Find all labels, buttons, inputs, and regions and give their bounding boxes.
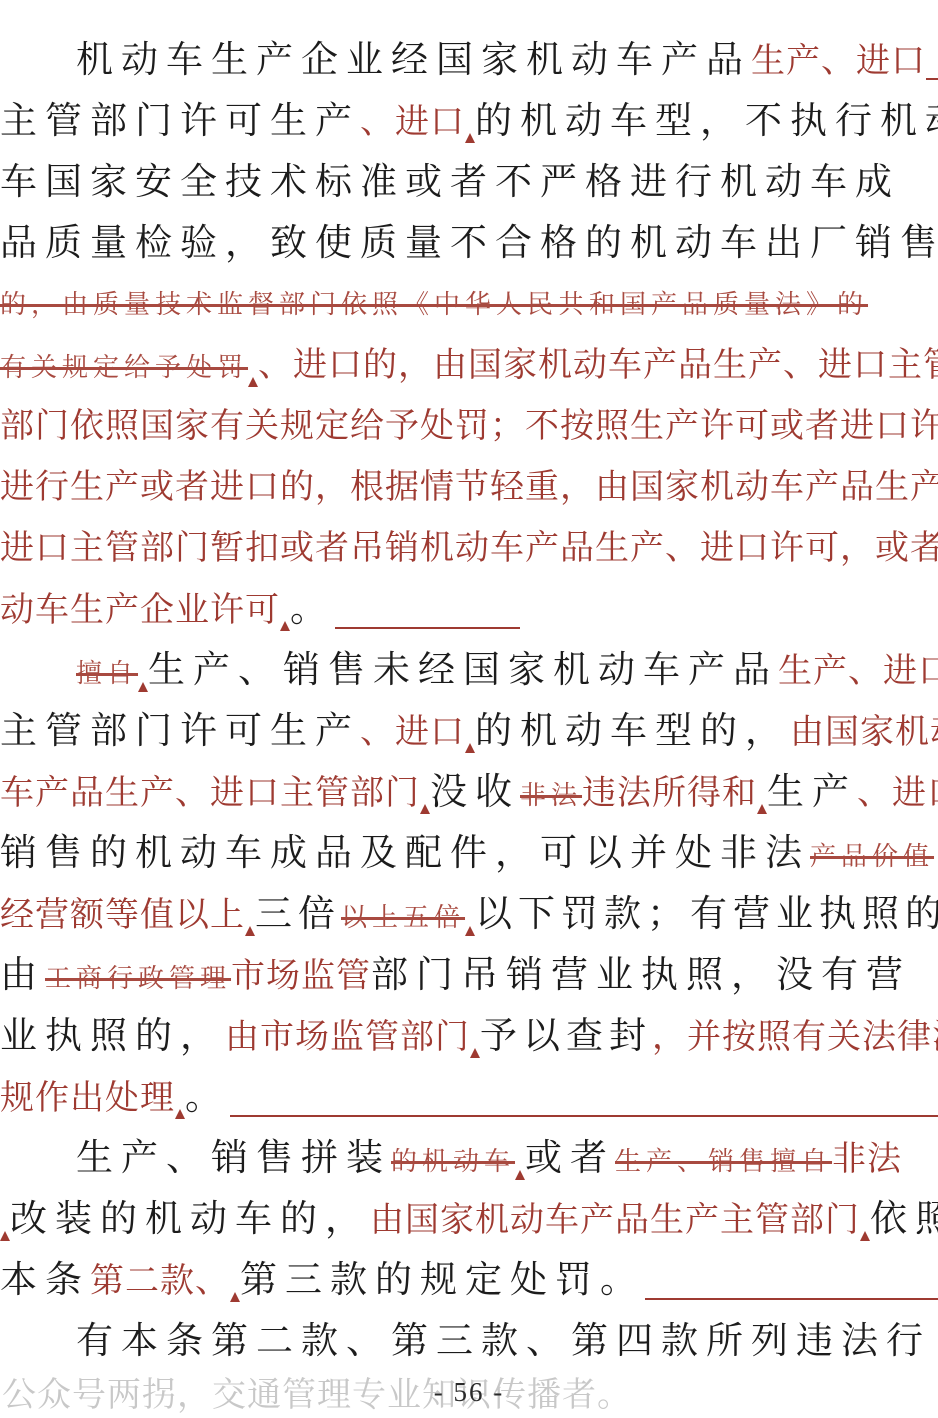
deleted-text: 产品价值 <box>810 826 934 884</box>
text-line: 机动车生产企业经国家机动车产品生产、进口 <box>0 30 938 91</box>
insertion-caret-icon <box>248 377 258 387</box>
text-line: 改装的机动车的，由国家机动车产品生产主管部门依照 <box>0 1189 938 1250</box>
body-text-underlined: 或者 <box>525 1128 615 1189</box>
body-text-underlined: 以下罚款；有营业执照的 <box>475 884 938 945</box>
insertion-caret-icon <box>280 621 290 631</box>
revision-rule <box>230 1115 938 1117</box>
deleted-text-underlined: 以上五倍 <box>341 887 465 945</box>
body-text-underlined: 的机动车型的， <box>475 701 790 762</box>
body-text: 生产、销售拼装 <box>76 1128 391 1189</box>
body-text: 本条 <box>0 1250 90 1311</box>
inserted-text: 、进口 <box>360 702 465 762</box>
inserted-text: 动车生产企业许可 <box>0 580 280 640</box>
insertion-caret-icon <box>465 133 475 143</box>
insertion-caret-icon <box>245 926 255 936</box>
page-footer: 公众号两拐，交通管理专业知识传播者。 - 56 - <box>0 1370 938 1418</box>
body-text: 由 <box>0 945 45 1006</box>
inserted-text: 非法 <box>832 1129 902 1189</box>
insertion-caret-icon <box>757 804 767 814</box>
body-text-underlined: 没收 <box>430 762 520 823</box>
body-text-underlined: 主管部门许可生产 <box>0 701 360 762</box>
inserted-text: 车产品生产、进口主管部门 <box>0 763 420 823</box>
text-line: 擅自生产、销售未经国家机动车产品生产、进口 <box>0 640 938 701</box>
document-page: { "page": { "number_label": "- 56 -", "w… <box>0 0 938 1418</box>
insertion-caret-icon <box>465 743 475 753</box>
insertion-caret-icon <box>0 1231 10 1241</box>
text-line: 规作出处理。 <box>0 1067 938 1128</box>
insertion-caret-icon <box>470 1048 480 1058</box>
text-line: 销售的机动车成品及配件，可以并处非法产品价值 <box>0 823 938 884</box>
insertion-caret-icon <box>465 926 475 936</box>
page-number: - 56 - <box>0 1377 938 1408</box>
insertion-caret-icon <box>515 1170 525 1180</box>
deleted-text: 工商行政管理 <box>45 948 231 1006</box>
body-text-underlined: 主管部门许可生产 <box>0 91 360 152</box>
inserted-text: 进口主管部门暂扣或者吊销机动车产品生产、进口许可，或者机 <box>0 518 938 579</box>
inserted-text: 由国家机动 <box>790 702 938 762</box>
text-line: 由工商行政管理市场监管部门吊销营业执照，没有营 <box>0 945 938 1006</box>
body-text: 。 <box>290 579 335 640</box>
inserted-text: 生产、进口 <box>751 31 926 91</box>
text-line: 有本条第二款、第三款、第四款所列违法行 <box>0 1311 938 1372</box>
text-line: 部门依照国家有关规定给予处罚；不按照生产许可或者进口许可 <box>0 396 938 457</box>
deleted-text-underlined: 非法 <box>520 765 582 823</box>
deleted-text: 的，由质量技术监督部门依照《中华人民共和国产品质量法》的 <box>0 274 868 335</box>
body-text: 品质量检验，致使质量不合格的机动车出厂销售 <box>0 213 938 274</box>
body-text: 机动车生产企业经国家机动车产品 <box>76 30 751 91</box>
text-line: 业执照的，由市场监管部门予以查封，并按照有关法律法 <box>0 1006 938 1067</box>
inserted-text: 、进口的，由国家机动车产品生产、进口主管 <box>258 335 938 396</box>
text-line: 经营额等值以上三倍以上五倍以下罚款；有营业执照的 <box>0 884 938 945</box>
body-text-underlined: 予以查封 <box>480 1006 652 1067</box>
body-text: 依照 <box>870 1189 938 1250</box>
body-text: 业执照的， <box>0 1006 225 1067</box>
text-line: 有关规定给予处罚、进口的，由国家机动车产品生产、进口主管 <box>0 335 938 396</box>
legal-document-page: 机动车生产企业经国家机动车产品生产、进口主管部门许可生产、进口的机动车型，不执行… <box>0 0 938 1418</box>
deleted-text-underlined: 生产、销售擅自 <box>615 1131 832 1189</box>
text-line: 动车生产企业许可。 <box>0 579 938 640</box>
body-text: 第三款的规定处罚。 <box>240 1250 645 1311</box>
revision-rule <box>926 78 938 80</box>
text-line: 品质量检验，致使质量不合格的机动车出厂销售 <box>0 213 938 274</box>
inserted-text: 市场监管 <box>231 946 371 1006</box>
text-line: 主管部门许可生产、进口的机动车型的，由国家机动 <box>0 701 938 762</box>
deleted-text: 有关规定给予处罚 <box>0 337 248 396</box>
text-line: 生产、销售拼装的机动车或者生产、销售擅自非法 <box>0 1128 938 1189</box>
text-lines: 机动车生产企业经国家机动车产品生产、进口主管部门许可生产、进口的机动车型，不执行… <box>0 30 938 1372</box>
body-text: 销售的机动车成品及配件，可以并处非法 <box>0 823 810 884</box>
deleted-text-underlined: 的机动车 <box>391 1131 515 1189</box>
inserted-text: 由国家机动车产品生产主管部门 <box>370 1190 860 1250</box>
inserted-text: 由市场监管部门 <box>225 1007 470 1067</box>
inserted-text: 生产、进口 <box>778 641 938 701</box>
body-text: 有本条第二款、第三款、第四款所列违法行 <box>76 1311 931 1372</box>
text-line: 的，由质量技术监督部门依照《中华人民共和国产品质量法》的 <box>0 274 938 335</box>
inserted-text: 违法所得和 <box>582 763 757 823</box>
body-text: 改装的机动车的， <box>10 1189 370 1250</box>
inserted-text: 、进口 <box>857 763 938 823</box>
insertion-caret-icon <box>420 804 430 814</box>
text-line: 主管部门许可生产、进口的机动车型，不执行机动 <box>0 91 938 152</box>
body-text-underlined: 的机动车型，不执行机动 <box>475 91 938 152</box>
inserted-text: 第二款、 <box>90 1251 230 1311</box>
deleted-text-underlined: 擅自 <box>76 643 138 701</box>
body-text-underlined: 生产 <box>767 762 857 823</box>
inserted-text: 、进口 <box>360 92 465 152</box>
body-text-underlined: 三倍 <box>255 884 341 945</box>
inserted-text: 部门依照国家有关规定给予处罚；不按照生产许可或者进口许可 <box>0 396 938 457</box>
body-text: 。 <box>185 1067 230 1128</box>
text-line: 车产品生产、进口主管部门没收非法违法所得和生产、进口、 <box>0 762 938 823</box>
body-text-underlined: 部门吊销营业执照，没有营 <box>371 945 911 1006</box>
insertion-caret-icon <box>860 1231 870 1241</box>
body-text: 生产、销售未经国家机动车产品 <box>148 640 778 701</box>
revision-rule <box>645 1298 938 1300</box>
text-line: 进口主管部门暂扣或者吊销机动车产品生产、进口许可，或者机 <box>0 518 938 579</box>
body-text: 车国家安全技术标准或者不严格进行机动车成 <box>0 152 900 213</box>
insertion-caret-icon <box>138 682 148 692</box>
inserted-text: 进行生产或者进口的，根据情节轻重，由国家机动车产品生产、 <box>0 457 938 518</box>
insertion-caret-icon <box>230 1292 240 1302</box>
text-line: 车国家安全技术标准或者不严格进行机动车成 <box>0 152 938 213</box>
inserted-text: 规作出处理 <box>0 1068 175 1128</box>
insertion-caret-icon <box>175 1109 185 1119</box>
revision-rule <box>335 627 520 629</box>
inserted-text: ，并按照有关法律法 <box>652 1007 938 1067</box>
text-line: 进行生产或者进口的，根据情节轻重，由国家机动车产品生产、 <box>0 457 938 518</box>
inserted-text: 经营额等值以上 <box>0 885 245 945</box>
text-line: 本条第二款、第三款的规定处罚。 <box>0 1250 938 1311</box>
